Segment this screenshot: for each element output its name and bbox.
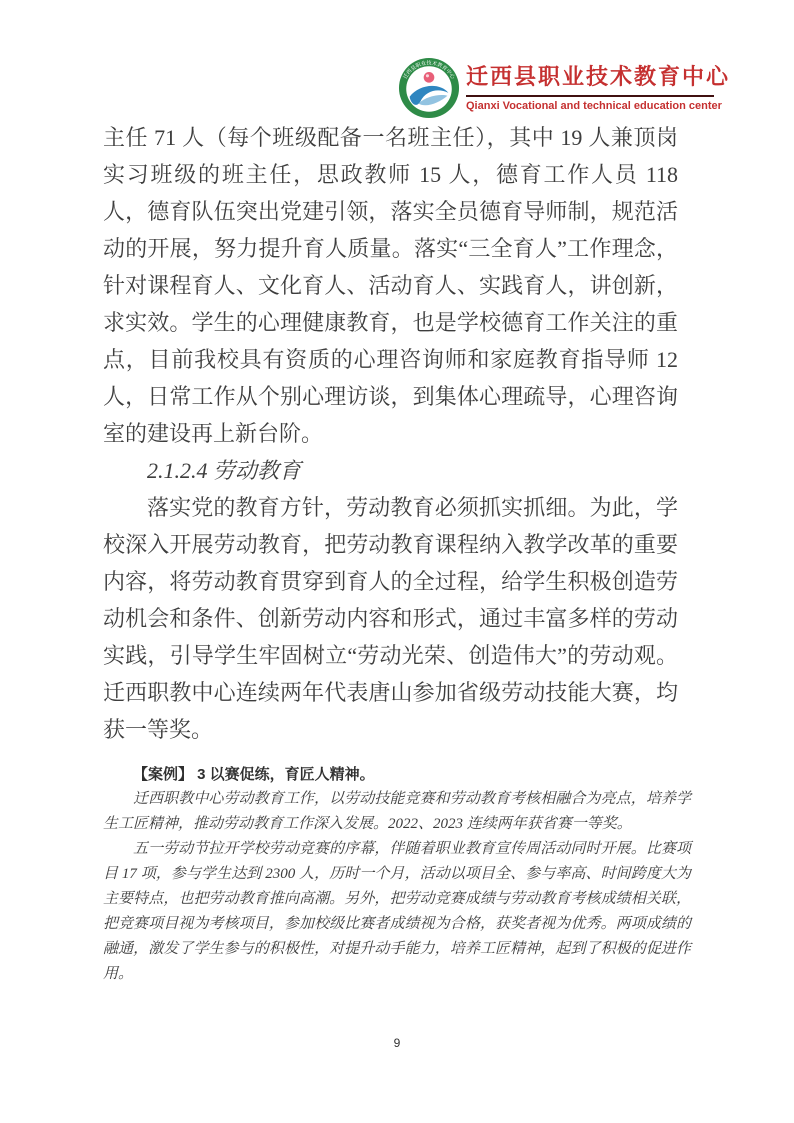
paragraph-moral-education: 主任 71 人（每个班级配备一名班主任），其中 19 人兼顶岗实习班级的班主任，… — [103, 119, 678, 452]
header-divider — [466, 95, 714, 97]
document-page: 迁西县职业技术教育中心 迁西县职业技术教育中心 Qianxi Vocationa… — [0, 0, 794, 1123]
case-study-block: 【案例】 3 以赛促练，育匠人精神。 迁西职教中心劳动教育工作，以劳动技能竞赛和… — [103, 762, 691, 987]
page-footer: 9 — [0, 1036, 794, 1050]
document-body: 主任 71 人（每个班级配备一名班主任），其中 19 人兼顶岗实习班级的班主任，… — [103, 119, 678, 987]
page-header: 迁西县职业技术教育中心 迁西县职业技术教育中心 Qianxi Vocationa… — [398, 57, 718, 119]
case-study-paragraph: 迁西职教中心劳动教育工作，以劳动技能竞赛和劳动教育考核相融合为亮点，培养学生工匠… — [103, 787, 691, 837]
page-number: 9 — [394, 1036, 401, 1050]
school-name-cn: 迁西县职业技术教育中心 — [466, 60, 714, 91]
paragraph-labor-education: 落实党的教育方针，劳动教育必须抓实抓细。为此，学校深入开展劳动教育，把劳动教育课… — [103, 489, 678, 748]
case-study-paragraph: 五一劳动节拉开学校劳动竞赛的序幕，伴随着职业教育宣传周活动同时开展。比赛项目 1… — [103, 837, 691, 987]
school-name-en: Qianxi Vocational and technical educatio… — [466, 100, 714, 112]
school-logo-icon: 迁西县职业技术教育中心 — [398, 57, 460, 119]
header-text-block: 迁西县职业技术教育中心 Qianxi Vocational and techni… — [466, 60, 714, 112]
case-study-title: 【案例】 3 以赛促练，育匠人精神。 — [103, 762, 691, 787]
section-heading: 2.1.2.4 劳动教育 — [103, 452, 678, 489]
